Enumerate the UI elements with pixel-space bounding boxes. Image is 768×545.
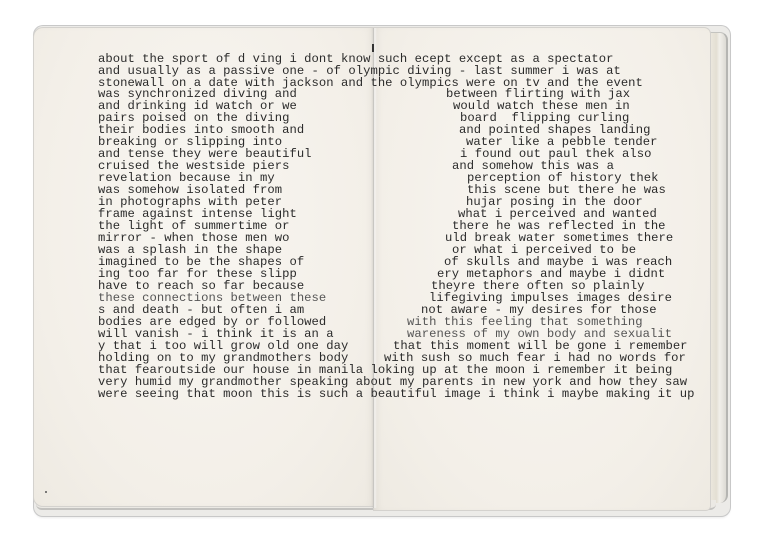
open-book: about the sport of d ving i dont know su… [0, 0, 768, 545]
text-line: were seeing that moon this is such a bea… [98, 388, 694, 400]
typewritten-text: about the sport of d ving i dont know su… [0, 0, 768, 545]
